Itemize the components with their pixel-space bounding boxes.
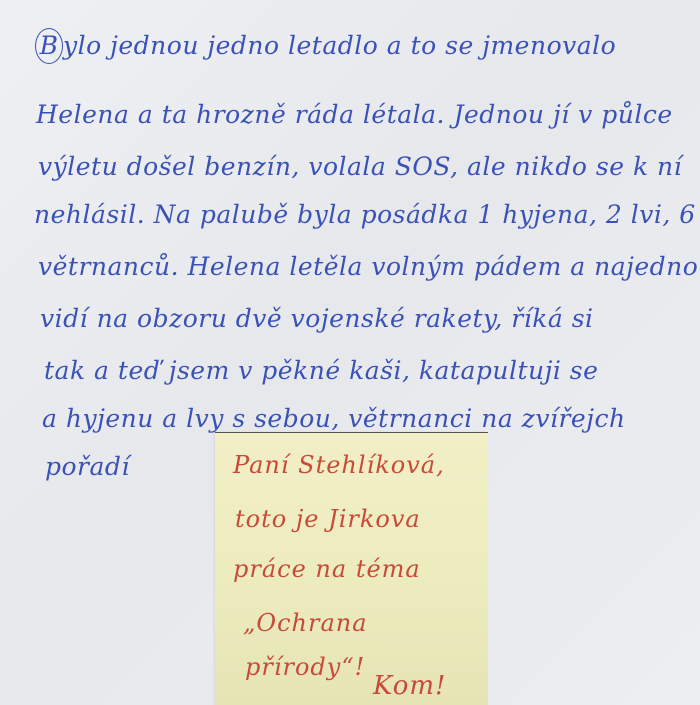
sticky-note: Paní Stehlíková, toto je Jirkova práce n…	[215, 432, 488, 705]
essay-line-9: pořadí	[45, 452, 130, 481]
circled-initial: B	[35, 28, 63, 64]
note-line-1: Paní Stehlíková,	[233, 451, 445, 479]
essay-line-2: Helena a ta hrozně ráda létala. Jednou j…	[36, 100, 673, 129]
essay-line-8: a hyjenu a lvy s sebou, větrnanci na zví…	[42, 404, 626, 433]
scanned-page: Bylo jednou jedno letadlo a to se jmenov…	[0, 0, 700, 705]
essay-line-7: tak a teď jsem v pěkné kaši, katapultuji…	[44, 356, 598, 385]
note-signature: Kom!	[373, 671, 446, 701]
note-line-2: toto je Jirkova	[235, 505, 421, 533]
essay-line-3: výletu došel benzín, volala SOS, ale nik…	[38, 152, 682, 181]
essay-line-4: nehlásil. Na palubě byla posádka 1 hyjen…	[34, 200, 696, 229]
essay-line-5: větrnanců. Helena letěla volným pádem a …	[38, 252, 700, 281]
essay-line-1: Bylo jednou jedno letadlo a to se jmenov…	[35, 28, 616, 64]
note-line-4: „Ochrana	[243, 609, 368, 637]
note-line-5: přírody“!	[245, 653, 365, 681]
essay-line-6: vidí na obzoru dvě vojenské rakety, říká…	[40, 304, 594, 333]
note-line-3: práce na téma	[233, 555, 421, 583]
